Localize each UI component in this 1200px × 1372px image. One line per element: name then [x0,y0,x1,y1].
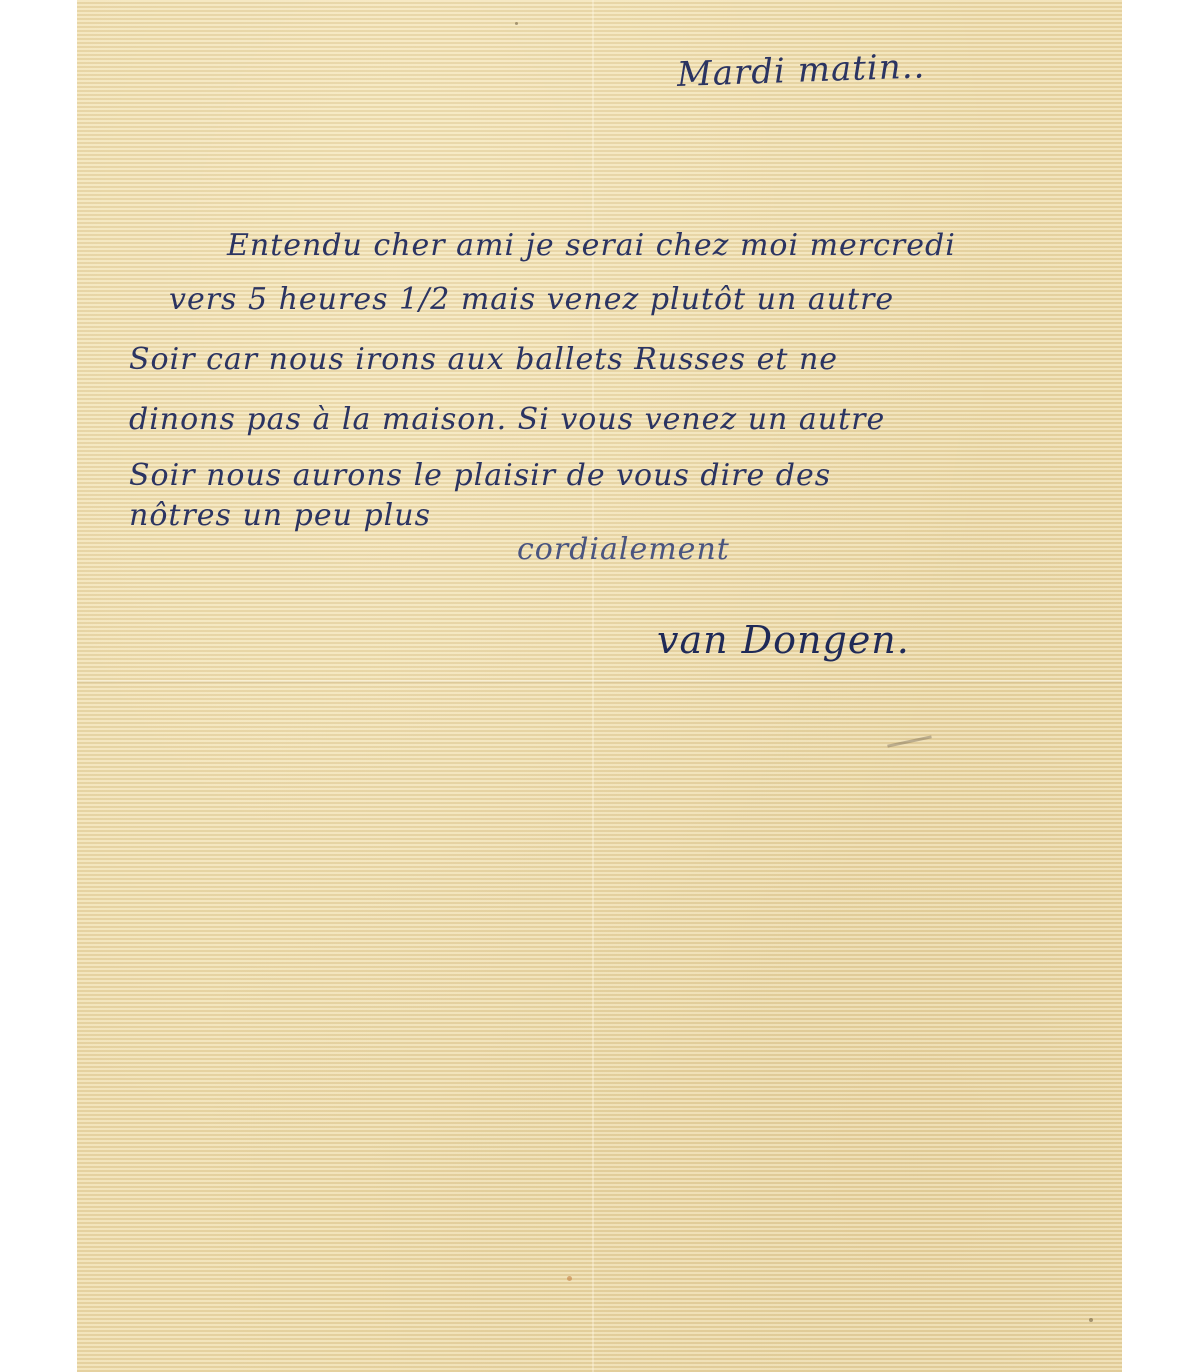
body-line-2: vers 5 heures 1/2 mais venez plutôt un a… [169,282,894,317]
paper-speck [567,1276,572,1281]
body-line-6: nôtres un peu plus [129,498,431,533]
paper-speck [1089,1318,1093,1322]
letter-paper: Mardi matin.. Entendu cher ami je serai … [77,0,1122,1372]
vertical-fold-line [592,0,594,1372]
body-line-5: Soir nous aurons le plaisir de vous dire… [129,458,831,493]
body-line-4: dinons pas à la maison. Si vous venez un… [129,402,885,437]
ink-smudge [887,735,932,747]
paper-speck [515,22,518,25]
body-line-1: Entendu cher ami je serai chez moi mercr… [227,228,956,263]
signature: van Dongen. [657,618,910,662]
body-line-3: Soir car nous irons aux ballets Russes e… [129,342,838,377]
horizontal-fold-line [77,680,1122,683]
date-line: Mardi matin.. [676,46,926,95]
closing: cordialement [517,532,730,567]
